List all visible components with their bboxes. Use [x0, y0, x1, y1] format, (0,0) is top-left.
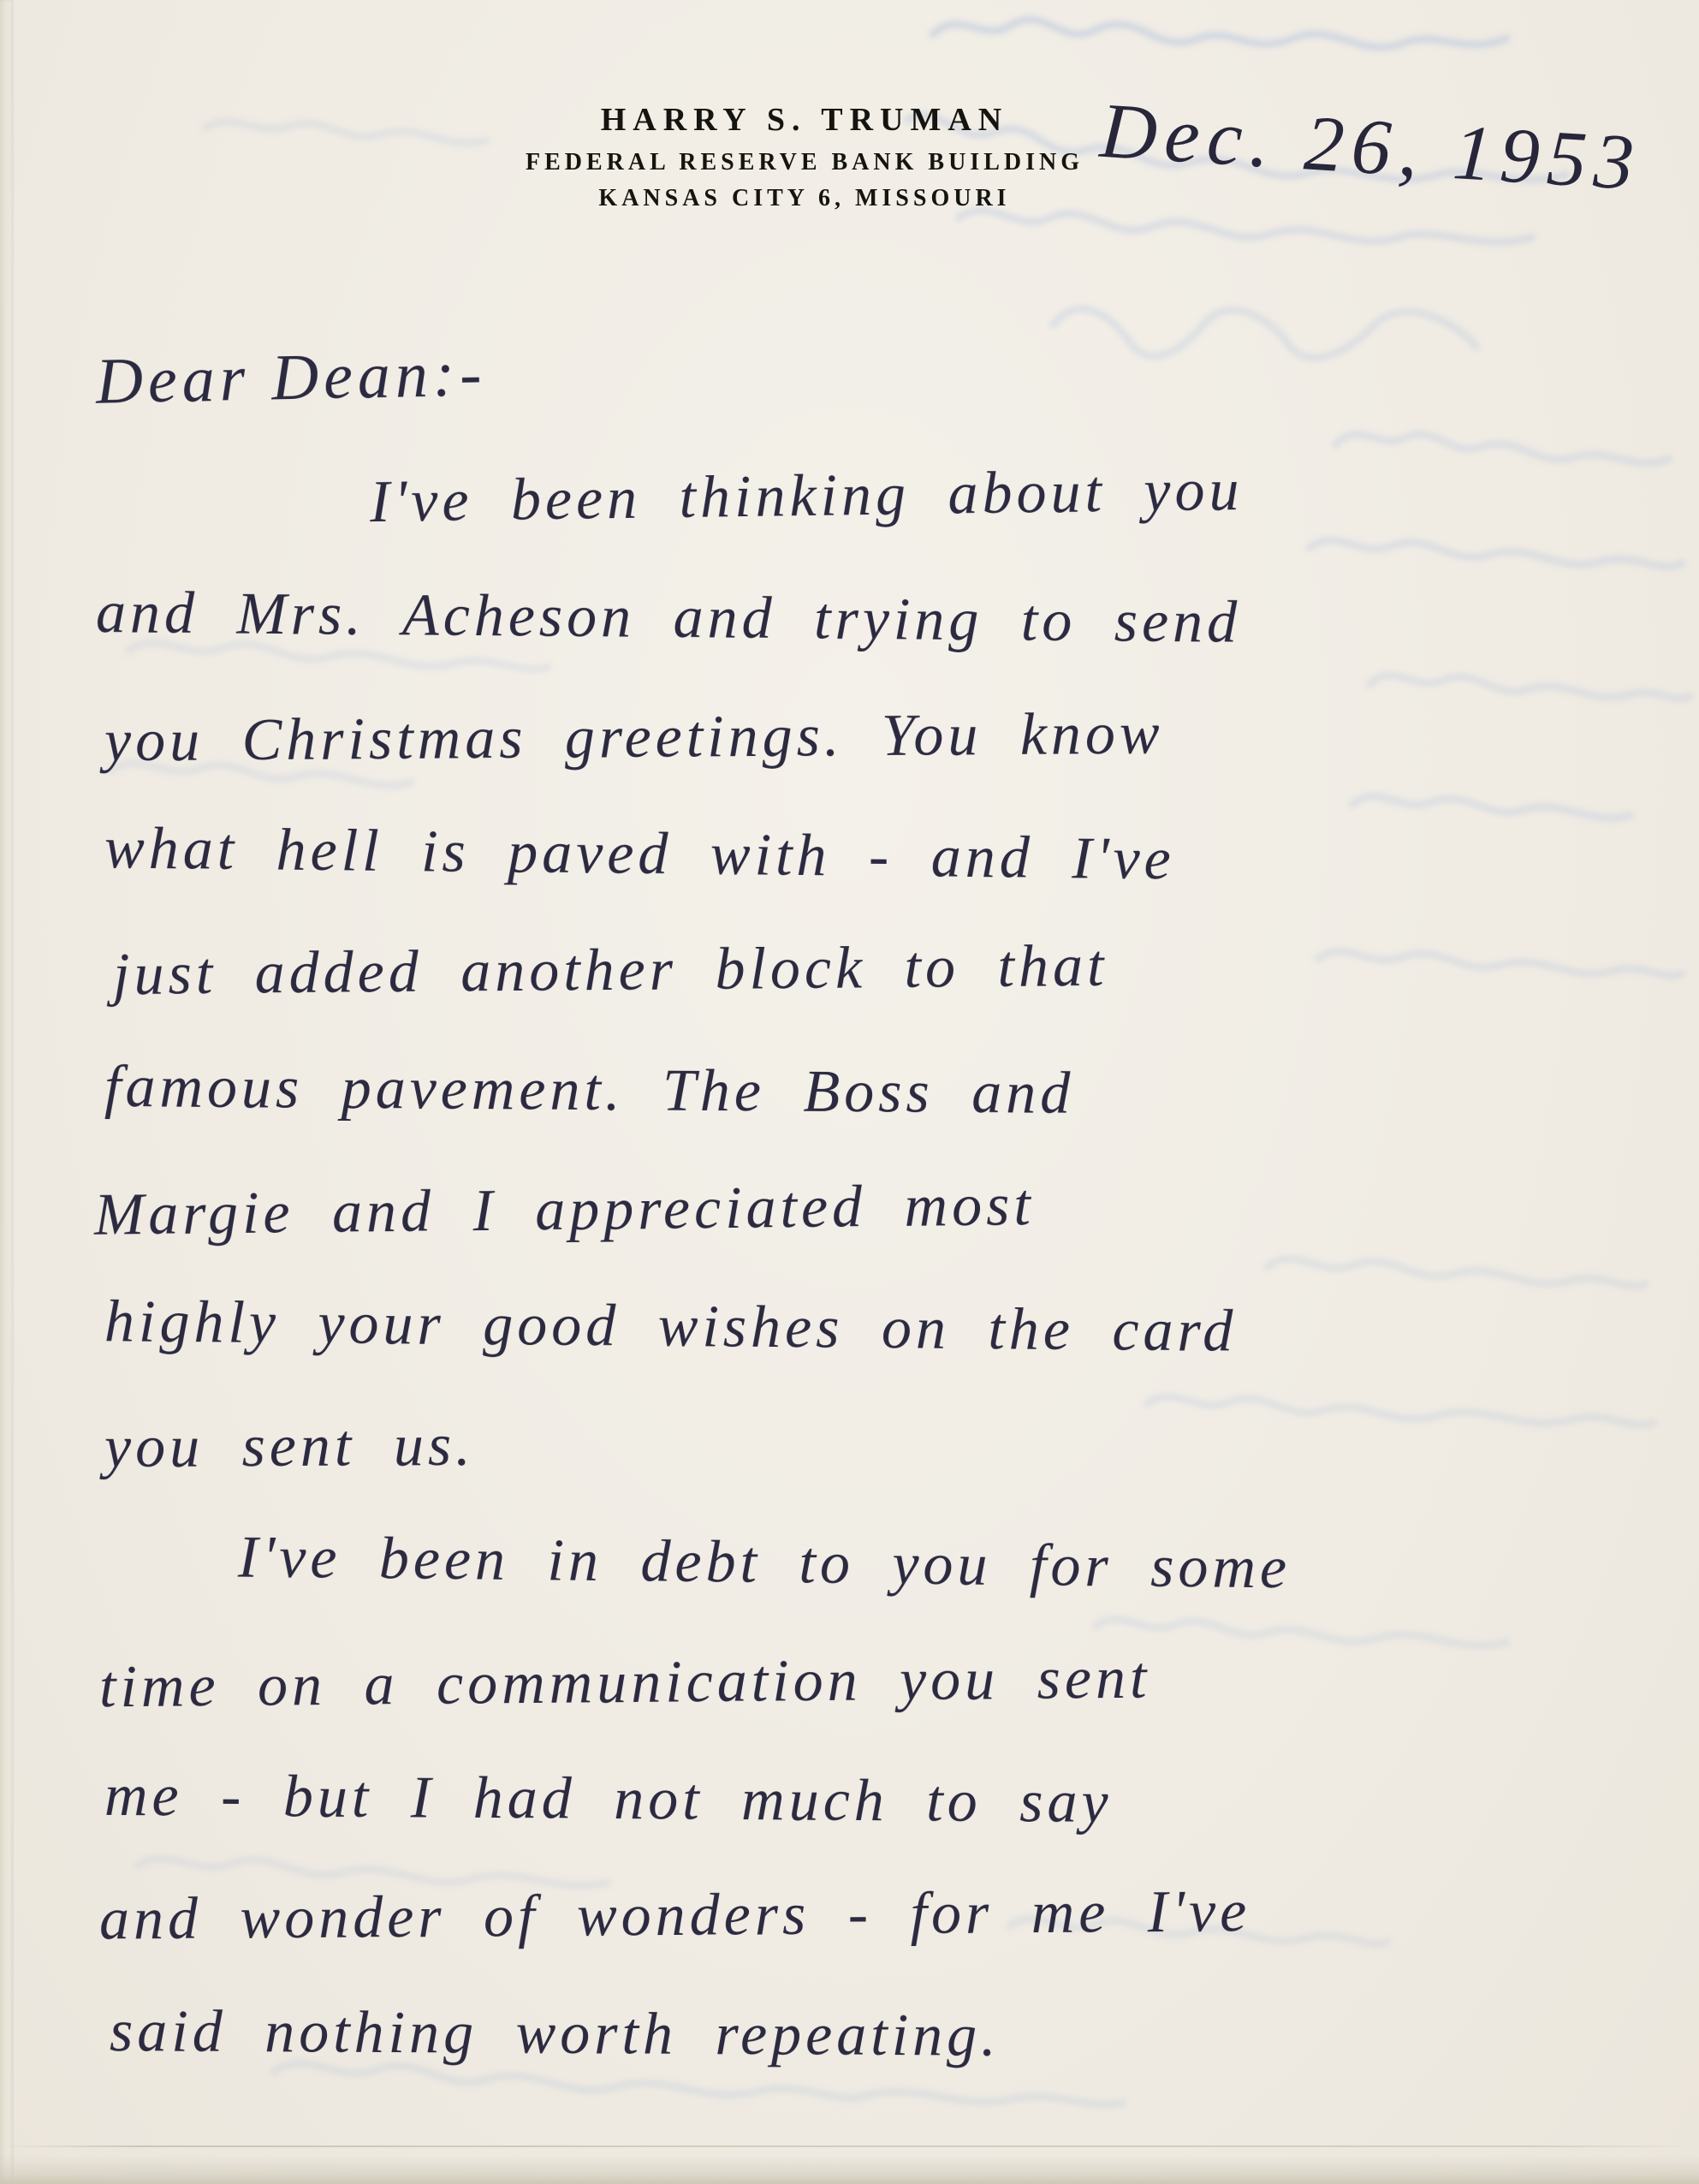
deckle-edge	[0, 0, 14, 2184]
handwritten-line: you Christmas greetings. You know	[104, 700, 1164, 777]
handwritten-line: said nothing worth repeating.	[110, 1997, 1001, 2070]
handwritten-line: highly your good wishes on the card	[104, 1288, 1238, 1366]
handwritten-line: I've been thinking about you	[369, 456, 1244, 537]
salutation: Dear Dean:-	[95, 336, 487, 420]
handwritten-line: famous pavement. The Boss and	[104, 1053, 1075, 1128]
letterhead-name: HARRY S. TRUMAN	[484, 101, 1126, 139]
handwritten-line: just added another block to that	[113, 932, 1108, 1009]
letter-scan-page: HARRY S. TRUMAN FEDERAL RESERVE BANK BUI…	[0, 0, 1699, 2184]
bottom-crease	[0, 2145, 1699, 2147]
handwritten-line: time on a communication you sent	[99, 1645, 1151, 1723]
handwritten-line: you sent us.	[104, 1412, 475, 1482]
letterhead-address-line1: FEDERAL RESERVE BANK BUILDING	[484, 149, 1126, 176]
letterhead-address-line2: KANSAS CITY 6, MISSOURI	[484, 185, 1126, 212]
handwritten-line: and Mrs. Acheson and trying to send	[96, 579, 1242, 658]
handwritten-line: I've been in debt to you for some	[238, 1524, 1292, 1604]
handwritten-date: Dec. 26, 1953	[1097, 85, 1643, 208]
letterhead: HARRY S. TRUMAN FEDERAL RESERVE BANK BUI…	[484, 101, 1126, 221]
handwritten-line: and wonder of wonders - for me I've	[99, 1878, 1251, 1954]
page-bottom-edge	[0, 2155, 1699, 2184]
handwritten-line: what hell is paved with - and I've	[104, 814, 1176, 894]
handwritten-line: me - but I had not much to say	[104, 1762, 1113, 1837]
handwritten-line: Margie and I appreciated most	[94, 1171, 1036, 1250]
